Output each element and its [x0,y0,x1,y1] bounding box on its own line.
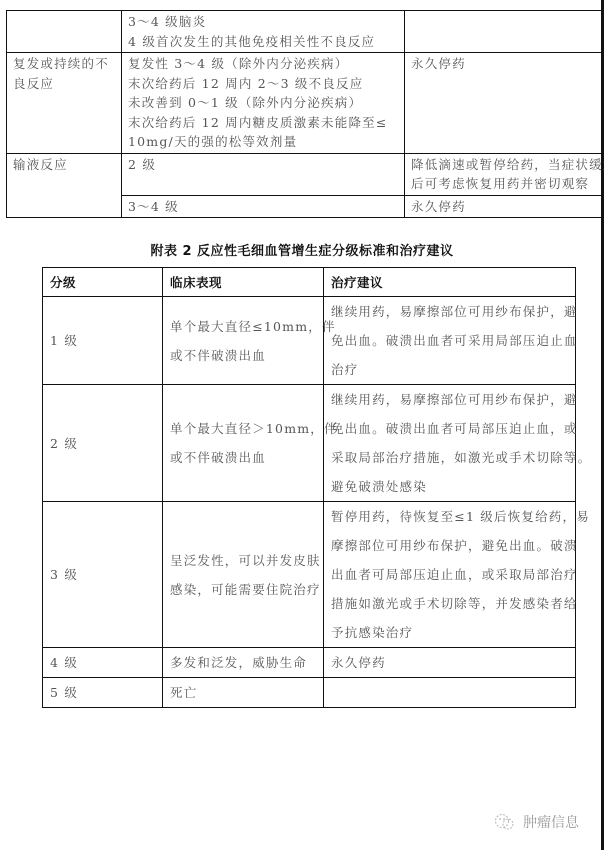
treatment-cell: 继续用药，易摩擦部位可用纱布保护，避 免出血。破溃出血者可局部压迫止血，或 采取… [324,385,576,502]
clinical-line: 感染，可能需要住院治疗 [170,575,318,604]
clinical-cell: 单个最大直径≤10mm，伴 或不伴破溃出血 [163,297,324,385]
action-line: 后可考虑恢复用药并密切观察 [411,174,602,194]
condition-cell: 3～4 级脑炎 4 级首次发生的其他免疫相关性不良反应 [122,11,405,53]
grade-cell: 5 级 [43,678,163,708]
clinical-line: 或不伴破溃出血 [170,443,318,472]
treatment-line: 暂停用药，待恢复至≤1 级后恢复给药，易 [331,502,570,531]
treatment-cell: 永久停药 [324,648,576,678]
table-row: 5 级 死亡 [43,678,576,708]
treatment-line: 措施如激光或手术切除等，并发感染者给 [331,589,570,618]
condition-cell: 3～4 级 [122,195,405,218]
table-row: 1 级 单个最大直径≤10mm，伴 或不伴破溃出血 继续用药，易摩擦部位可用纱布… [43,297,576,385]
header-row: 分级 临床表现 治疗建议 [43,268,576,297]
treatment-cell: 暂停用药，待恢复至≤1 级后恢复给药，易 摩擦部位可用纱布保护，避免出血。破溃 … [324,502,576,648]
condition-line: 4 级首次发生的其他免疫相关性不良反应 [128,32,400,52]
table-row: 输液反应 2 级 降低滴速或暂停给药，当症状缓解 后可考虑恢复用药并密切观察 [7,153,604,195]
action-cell: 永久停药 [405,53,604,154]
table-row: 复发或持续的不良反应 复发性 3～4 级（除外内分泌疾病） 末次给药后 12 周… [7,53,604,154]
clinical-line: 呈泛发性，可以并发皮肤 [170,546,318,575]
grade-cell: 4 级 [43,648,163,678]
capillary-hyperplasia-grading-table: 分级 临床表现 治疗建议 1 级 单个最大直径≤10mm，伴 或不伴破溃出血 继… [42,267,576,708]
table-row: 3 级 呈泛发性，可以并发皮肤 感染，可能需要住院治疗 暂停用药，待恢复至≤1 … [43,502,576,648]
treatment-cell [324,678,576,708]
treatment-line: 采取局部治疗措施，如激光或手术切除等。 [331,443,570,472]
treatment-line: 避免破溃处感染 [331,472,570,501]
action-cell: 永久停药 [405,195,604,218]
treatment-line: 出血者可局部压迫止血，或采取局部治疗 [331,560,570,589]
treatment-line: 免出血。破溃出血者可局部压迫止血，或 [331,414,570,443]
treatment-line: 免出血。破溃出血者可采用局部压迫止血 [331,326,570,355]
clinical-line: 单个最大直径＞10mm，伴 [170,414,318,443]
condition-line: 3～4 级脑炎 [128,12,400,32]
treatment-cell: 继续用药，易摩擦部位可用纱布保护，避 免出血。破溃出血者可采用局部压迫止血 治疗 [324,297,576,385]
treatment-line: 予抗感染治疗 [331,618,570,647]
action-cell: 降低滴速或暂停给药，当症状缓解 后可考虑恢复用药并密切观察 [405,153,604,195]
wechat-official-account-icon [493,813,515,831]
grade-cell: 2 级 [43,385,163,502]
clinical-cell: 多发和泛发，威胁生命 [163,648,324,678]
condition-cell: 复发性 3～4 级（除外内分泌疾病） 末次给药后 12 周内 2～3 级不良反应… [122,53,405,154]
condition-line: 2 级 [128,155,400,175]
watermark-text: 肿瘤信息 [523,812,579,832]
clinical-cell: 呈泛发性，可以并发皮肤 感染，可能需要住院治疗 [163,502,324,648]
condition-line: 10mg/天的强的松等效剂量 [128,132,400,152]
treatment-line: 继续用药，易摩擦部位可用纱布保护，避 [331,385,570,414]
action-line: 降低滴速或暂停给药，当症状缓解 [411,155,602,175]
action-cell [405,11,604,53]
treatment-line: 摩擦部位可用纱布保护，避免出血。破溃 [331,531,570,560]
condition-cell: 2 级 [122,153,405,195]
table-row: 2 级 单个最大直径＞10mm，伴 或不伴破溃出血 继续用药，易摩擦部位可用纱布… [43,385,576,502]
grade-cell: 1 级 [43,297,163,385]
treatment-line: 治疗 [331,355,570,384]
condition-line: 未改善到 0～1 级（除外内分泌疾病） [128,93,400,113]
condition-line: 复发性 3～4 级（除外内分泌疾病） [128,54,400,74]
table-row: 3～4 级脑炎 4 级首次发生的其他免疫相关性不良反应 [7,11,604,53]
table-row: 4 级 多发和泛发，威胁生命 永久停药 [43,648,576,678]
grade-cell: 3 级 [43,502,163,648]
treatment-line: 继续用药，易摩擦部位可用纱布保护，避 [331,297,570,326]
clinical-line: 单个最大直径≤10mm，伴 [170,312,318,341]
clinical-cell: 死亡 [163,678,324,708]
condition-line: 末次给药后 12 周内 2～3 级不良反应 [128,74,400,94]
category-cell [7,11,122,53]
condition-line: 3～4 级 [128,197,400,217]
watermark: 肿瘤信息 [493,812,579,832]
header-grade: 分级 [43,268,163,297]
clinical-line: 或不伴破溃出血 [170,341,318,370]
header-treatment: 治疗建议 [324,268,576,297]
adverse-reaction-table-continued: 3～4 级脑炎 4 级首次发生的其他免疫相关性不良反应 复发或持续的不良反应 复… [6,10,604,218]
category-cell: 复发或持续的不良反应 [7,53,122,154]
table-caption: 附表 2 反应性毛细血管增生症分级标准和治疗建议 [0,240,604,259]
category-cell: 输液反应 [7,153,122,218]
clinical-cell: 单个最大直径＞10mm，伴 或不伴破溃出血 [163,385,324,502]
condition-line: 末次给药后 12 周内糖皮质激素未能降至≤ [128,113,400,133]
header-clinical: 临床表现 [163,268,324,297]
